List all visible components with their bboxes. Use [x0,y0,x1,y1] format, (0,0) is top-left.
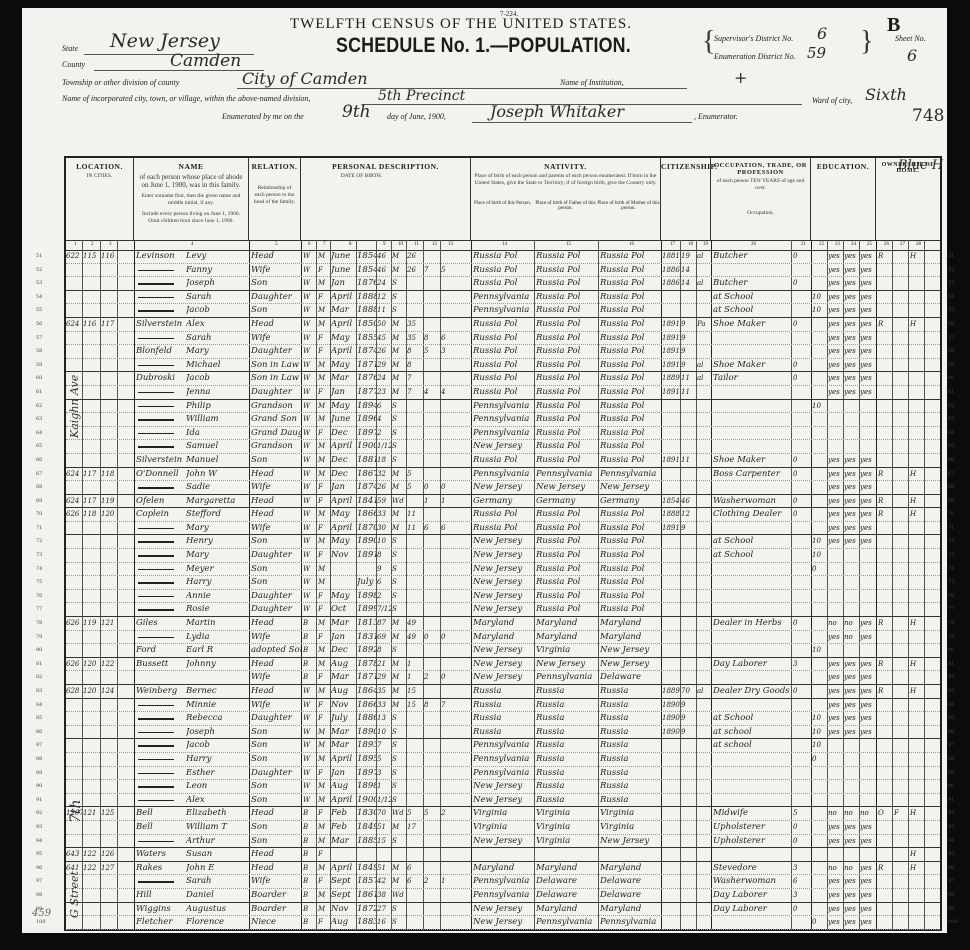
cell-birth: New Jersey [473,481,534,494]
cell-house: 622 [66,250,82,263]
line-number: 62 [36,400,42,413]
cell-month: Aug [331,685,356,698]
cell-sex: M [318,821,330,834]
cell-yrs-us: 14 [681,264,696,277]
cell-year: 1857 [357,875,376,888]
cell-mother: Delaware [600,875,661,888]
cell-dwelling: 121 [83,807,100,820]
cell-month: April [331,495,356,508]
page-mark: 459 [32,908,51,919]
cell-unemployed: 0 [793,372,811,385]
cell-mother: Russia Pol [600,291,661,304]
cell-color: W [303,563,316,576]
cell-color: B [303,875,316,888]
cell-farm: H [910,807,924,820]
cell-color: B [303,644,316,657]
cell-given: Henry [186,535,248,548]
ditto-dash [138,569,174,571]
column-number: 28 [916,242,921,247]
cell-relation: Head [251,862,301,875]
cell-relation: Son [251,835,301,848]
cell-surname: Bell [136,807,186,820]
cell-month: June [331,250,356,263]
cell-birth: New Jersey [473,590,534,603]
cell-farm: H [910,862,924,875]
cell-write: yes [844,372,859,385]
cell-mother: Russia Pol [600,590,661,603]
line-number-right: 73 [948,549,954,562]
cell-occupation: Day Laborer [713,903,791,916]
cell-color: B [303,835,316,848]
line-number-right: 80 [948,644,954,657]
cell-natz: al [697,372,711,385]
cell-relation: Daughter [251,590,301,603]
column-number: 6 [308,242,311,247]
cell-month: April [331,318,356,331]
ditto-dash [138,800,174,802]
cell-house: 626 [66,508,82,521]
cell-color: W [303,454,316,467]
cell-yrs-married: 15 [407,699,423,712]
line-number-right: 74 [948,563,954,576]
cell-school: 10 [812,549,827,562]
cell-father: Russia Pol [536,250,598,263]
cell-yrs-married: 26 [407,250,423,263]
cell-yrs-married: 35 [407,318,423,331]
cell-mother-of: 7 [424,264,440,277]
cell-mother-of: 2 [424,875,440,888]
line-number-right: 84 [948,699,954,712]
cell-farm: H [910,848,924,861]
enumeration-district: 59 [807,44,826,62]
cell-dwelling: 120 [83,685,100,698]
cell-year: 1866 [357,699,376,712]
cell-english: yes [860,522,876,535]
cell-birth: Russia [473,685,534,698]
cell-english: no [860,807,876,820]
cell-yrs-us: 19 [681,250,696,263]
cell-age: 50 [377,318,391,331]
cell-school: 10 [812,535,827,548]
cell-own: R [878,617,892,630]
cell-sex: F [318,875,330,888]
cell-english: yes [860,508,876,521]
cell-father: Russia Pol [536,372,598,385]
cell-birth: Virginia [473,821,534,834]
cell-father: Russia Pol [536,332,598,345]
cell-unemployed: 0 [793,359,811,372]
line-number: 51 [36,250,42,263]
cell-write: no [844,807,859,820]
cell-mother: Russia Pol [600,277,661,290]
ditto-dash [138,283,174,285]
cell-yrs-married: 49 [407,617,423,630]
cell-month: Aug [331,916,356,929]
cell-marital: M [392,481,406,494]
enumerated-label: Enumerated by me on the [222,112,304,121]
column-number: 14 [502,242,507,247]
cell-given: John W [186,468,248,481]
cell-house: 626 [66,617,82,630]
cell-marital: M [392,468,406,481]
cell-year: 1867 [357,468,376,481]
cell-year: 1900 [357,794,376,807]
cell-year: 1830 [357,807,376,820]
cell-marital: S [392,712,406,725]
line-number: 76 [36,590,42,603]
cell-read: yes [828,916,843,929]
cell-marital: S [392,277,406,290]
cell-color: B [303,848,316,861]
cell-father: Russia [536,794,598,807]
cell-relation: Son [251,739,301,752]
table-row: 70626118120CopleinSteffordHeadWMMay18663… [66,508,940,522]
cell-read: yes [828,318,843,331]
table-row: 54SarahDaughterWFApril188812SPennsylvani… [66,291,940,305]
cell-birth: New Jersey [473,603,534,616]
cell-month: Mar [331,671,356,684]
cell-given: Rebecca [186,712,248,725]
line-number-right: 57 [948,332,954,345]
cell-immig: 1889 [662,685,680,698]
cell-read: yes [828,359,843,372]
cell-farm: H [910,318,924,331]
cell-english: yes [860,835,876,848]
cell-relation: Wife [251,332,301,345]
cell-surname: Silverstein [136,454,186,467]
cell-unemployed: 0 [793,617,811,630]
line-number-right: 89 [948,767,954,780]
cell-marital: M [392,685,406,698]
cell-yrs-us: 70 [681,685,696,698]
cell-age: 59 [377,495,391,508]
cell-age: 29 [377,671,391,684]
enumerator-name: Joseph Whitaker [490,102,624,121]
cell-sex: F [318,264,330,277]
cell-age: 51 [377,821,391,834]
cell-color: W [303,250,316,263]
ditto-dash [138,419,174,421]
cell-immig: 1891 [662,318,680,331]
cell-year: 1872 [357,903,376,916]
cell-sex: M [318,644,330,657]
cell-mother: Russia Pol [600,427,661,440]
table-row: 94ArthurSonBMMar188515SNew JerseyVirgini… [66,835,940,849]
cell-color: W [303,712,316,725]
cell-month: May [331,332,356,345]
cell-yrs-us: 46 [681,495,696,508]
cell-mother: Russia Pol [600,440,661,453]
cell-sex: M [318,726,330,739]
cell-birth: Russia Pol [473,454,534,467]
schedule-title: SCHEDULE No. 1.—POPULATION. [336,34,631,58]
line-number-right: 95 [948,848,954,861]
cell-sex: M [318,372,330,385]
cell-own: R [878,685,892,698]
cell-mother: Russia Pol [600,318,661,331]
cell-yrs-married: 6 [407,875,423,888]
cell-yrs-us: 12 [681,508,696,521]
cell-yrs-us: 9 [681,359,696,372]
line-number-right: 62 [948,400,954,413]
cell-sex: M [318,413,330,426]
cell-mother: Russia [600,794,661,807]
cell-sex: M [318,440,330,453]
cell-school: 10 [812,291,827,304]
cell-mother: Delaware [600,889,661,902]
cell-family: 127 [101,862,117,875]
cell-mother: Russia Pol [600,345,661,358]
cell-father: Russia Pol [536,603,598,616]
line-number: 54 [36,291,42,304]
cell-farm: H [910,495,924,508]
cell-sex: M [318,277,330,290]
cell-relation: Daughter [251,549,301,562]
cell-given: Mary [186,549,248,562]
cell-read: yes [828,522,843,535]
cell-year: 1876 [357,372,376,385]
cell-given: Fanny [186,264,248,277]
cell-sex: F [318,916,330,929]
line-number-right: 100 [948,916,958,929]
cell-given: William [186,413,248,426]
cell-living: 6 [441,332,457,345]
cell-sex: M [318,468,330,481]
cell-birth: Pennsylvania [473,767,534,780]
cell-month: Mar [331,304,356,317]
table-row: 98HillDanielBoarderBMSept186138WdPennsyl… [66,889,940,903]
line-number: 78 [36,617,42,630]
cell-color: W [303,440,316,453]
cell-age: 7/12 [377,603,391,616]
ditto-dash [138,732,174,734]
cell-occupation: at School [713,535,791,548]
cell-age: 70 [377,807,391,820]
cell-age: 2 [377,427,391,440]
cell-write: yes [844,671,859,684]
ditto-dash [138,582,174,584]
cell-unemployed: 0 [793,468,811,481]
cell-relation: Wife [251,522,301,535]
county-value: Camden [170,51,241,71]
cell-occupation: Washerwoman [713,875,791,888]
cell-read: yes [828,468,843,481]
cell-birth: Germany [473,495,534,508]
cell-marital: M [392,386,406,399]
cell-mother: Russia Pol [600,508,661,521]
cell-write: no [844,862,859,875]
cell-mother: Russia Pol [600,400,661,413]
line-number: 82 [36,671,42,684]
cell-dwelling: 122 [83,848,100,861]
cell-relation: Son [251,821,301,834]
column-number: 21 [801,242,806,247]
cell-color: W [303,277,316,290]
cell-own: R [878,318,892,331]
cell-write: yes [844,821,859,834]
cell-given: Earl R [186,644,248,657]
line-number: 73 [36,549,42,562]
cell-sex: M [318,400,330,413]
column-number: 9 [383,242,386,247]
citizenship-header: CITIZENSHIP. [661,158,711,240]
ditto-dash [138,541,174,543]
cell-relation: Son in Law [251,359,301,372]
table-row: 71MaryWifeWFApril187030M1166Russia PolRu… [66,522,940,536]
table-row: 76AnnieDaughterWFMay18982SNew JerseyRuss… [66,590,940,604]
cell-relation: Head [251,685,301,698]
cell-marital: M [392,821,406,834]
cell-living: 1 [441,495,457,508]
institution-value: + [734,68,747,87]
cell-month: Mar [331,739,356,752]
ditto-dash [138,446,174,448]
cell-read: yes [828,250,843,263]
cell-year: 1890 [357,535,376,548]
table-row: 72HenrySonWMMay189010SNew JerseyRussia P… [66,535,940,549]
cell-english: yes [860,631,876,644]
cell-year: July [357,576,376,589]
city-value: 5th Precinct [378,88,465,104]
line-number: 61 [36,386,42,399]
cell-sex: F [318,332,330,345]
cell-occupation: Stevedore [713,862,791,875]
cell-year: 1861 [357,889,376,902]
cell-read: no [828,862,843,875]
cell-age: 6 [377,400,391,413]
cell-year: 1894 [357,400,376,413]
cell-write: yes [844,916,859,929]
ditto-dash [138,365,174,367]
cell-father: New Jersey [536,658,598,671]
cell-sex: M [318,862,330,875]
cell-mother: Russia [600,767,661,780]
cell-unemployed: 0 [793,454,811,467]
cell-sex: M [318,780,330,793]
cell-sex: F [318,671,330,684]
cell-month: Jan [331,631,356,644]
line-number-right: 71 [948,522,954,535]
cell-relation: Grandson [251,440,301,453]
cell-unemployed: 0 [793,318,811,331]
cell-immig: 1890 [662,726,680,739]
cell-father: Delaware [536,875,598,888]
cell-mother-of: 2 [424,671,440,684]
cell-yrs-married: 35 [407,332,423,345]
cell-age: 9 [377,563,391,576]
cell-english: yes [860,726,876,739]
table-row: 80FordEarl Radopted SonBMDec18928SNew Je… [66,644,940,658]
table-row: 61JennaDaughterWFJan187723M744Russia Pol… [66,386,940,400]
cell-relation: Head [251,495,301,508]
cell-occupation: Shoe Maker [713,359,791,372]
cell-immig: 1854 [662,495,680,508]
line-number: 65 [36,440,42,453]
cell-birth: Russia Pol [473,386,534,399]
ditto-dash [138,596,174,598]
cell-mother: New Jersey [600,658,661,671]
cell-marital: S [392,603,406,616]
cell-natz: al [697,685,711,698]
cell-marital: M [392,264,406,277]
cell-living: 5 [441,264,457,277]
table-row: 57SarahWifeWFMay185545M3586Russia PolRus… [66,332,940,346]
enumerated-day: 9th [342,102,371,122]
cell-occupation: Butcher [713,250,791,263]
cell-farm: H [910,617,924,630]
cell-relation: Niece [251,916,301,929]
cell-year: 1864 [357,685,376,698]
cell-color: W [303,780,316,793]
cell-school: 10 [812,739,827,752]
line-number: 91 [36,794,42,807]
cell-month: Sept [331,889,356,902]
cell-sex: M [318,508,330,521]
cell-read: yes [828,495,843,508]
cell-relation: Grandson [251,400,301,413]
cell-year: 1855 [357,332,376,345]
cell-yrs-married: 17 [407,821,423,834]
cell-write: yes [844,875,859,888]
cell-father: Russia Pol [536,522,598,535]
cell-occupation: Butcher [713,277,791,290]
cell-birth: New Jersey [473,671,534,684]
cell-color: W [303,767,316,780]
cell-relation: Wife [251,671,301,684]
cell-sex: M [318,318,330,331]
cell-house: 628 [66,685,82,698]
cell-family: 119 [101,495,117,508]
cell-age: 29 [377,359,391,372]
cell-year: 1885 [357,835,376,848]
cell-mother: Russia Pol [600,522,661,535]
cell-write: yes [844,903,859,916]
cell-given: Joseph [186,277,248,290]
cell-relation: Son in Law [251,372,301,385]
cell-marital: S [392,400,406,413]
cell-given: Susan [186,848,248,861]
column-number: 23 [835,242,840,247]
cell-relation: Son [251,454,301,467]
table-row: 66SilversteinManuelSonWMDec188118SRussia… [66,454,940,468]
cell-relation: Daughter [251,767,301,780]
cell-father: Russia [536,780,598,793]
cell-month: Nov [331,549,356,562]
cell-read: yes [828,875,843,888]
cell-marital: M [392,318,406,331]
cell-birth: Russia Pol [473,522,534,535]
column-number: 16 [629,242,634,247]
cell-given: Harry [186,753,248,766]
census-title: TWELFTH CENSUS OF THE UNITED STATES. [290,16,632,33]
cell-english: yes [860,712,876,725]
cell-birth: Pennsylvania [473,427,534,440]
cell-father: Russia [536,726,598,739]
cell-family: 118 [101,468,117,481]
table-row: 81626120122BussettJohnnyHeadBMAug187821M… [66,658,940,672]
line-number-right: 90 [948,780,954,793]
cell-dwelling: 117 [83,468,100,481]
cell-relation: Head [251,468,301,481]
column-number: 18 [688,242,693,247]
cell-own: R [878,468,892,481]
cell-school: 10 [812,400,827,413]
cell-age: 10 [377,535,391,548]
cell-mother: Russia Pol [600,603,661,616]
cell-marital: M [392,372,406,385]
column-number: 7 [323,242,326,247]
line-number-right: 76 [948,590,954,603]
